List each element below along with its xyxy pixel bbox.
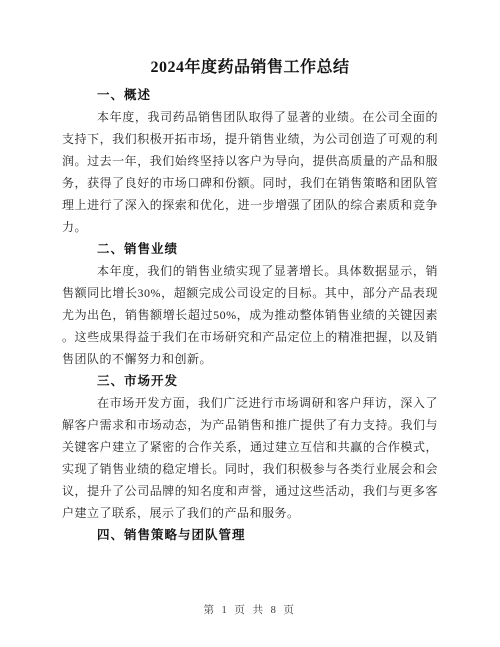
page-number-footer: 第 1 页 共 8 页 bbox=[0, 603, 500, 618]
section-paragraph-sales-performance: 本年度，我们的销售业绩实现了显著增长。具体数据显示，销售额同比增长30%，超额完… bbox=[62, 260, 438, 370]
section-heading-strategy-team-management: 四、销售策略与团队管理 bbox=[62, 524, 438, 546]
document-title: 2024年度药品销售工作总结 bbox=[62, 57, 438, 79]
section-paragraph-market-development: 在市场开发方面，我们广泛进行市场调研和客户拜访，深入了解客户需求和市场动态，为产… bbox=[62, 392, 438, 524]
document-content: 2024年度药品销售工作总结 一、概述 本年度，我司药品销售团队取得了显著的业绩… bbox=[62, 57, 438, 546]
section-heading-sales-performance: 二、销售业绩 bbox=[62, 238, 438, 260]
section-paragraph-overview: 本年度，我司药品销售团队取得了显著的业绩。在公司全面的支持下，我们积极开拓市场，… bbox=[62, 106, 438, 238]
document-page: 2024年度药品销售工作总结 一、概述 本年度，我司药品销售团队取得了显著的业绩… bbox=[0, 0, 500, 647]
section-heading-market-development: 三、市场开发 bbox=[62, 370, 438, 392]
section-heading-overview: 一、概述 bbox=[62, 84, 438, 106]
